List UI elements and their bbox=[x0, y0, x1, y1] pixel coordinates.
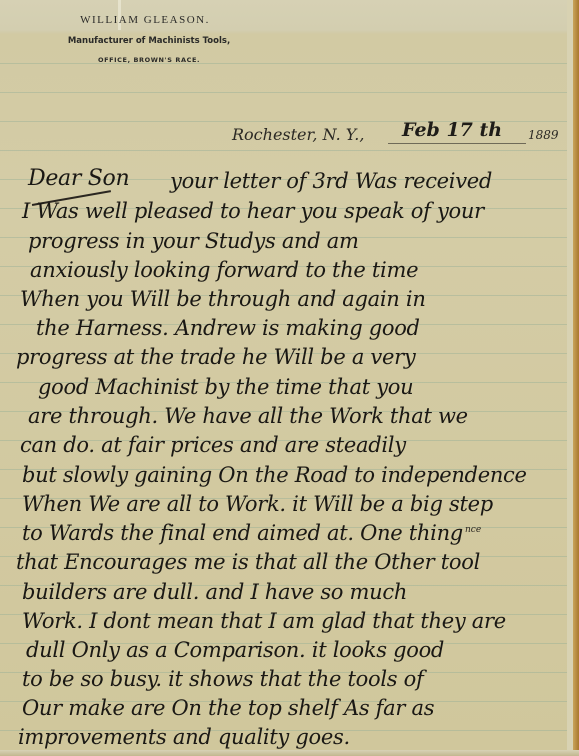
letter-line: can do. at fair prices and are steadily bbox=[20, 433, 406, 457]
letter-line: to be so busy. it shows that the tools o… bbox=[22, 667, 423, 691]
letter-line: progress in your Studys and am bbox=[28, 229, 359, 253]
letter-line: anxiously looking forward to the time bbox=[30, 258, 418, 282]
letter-line: When you Will be through and again in bbox=[20, 287, 426, 311]
letter-line: but slowly gaining On the Road to indepe… bbox=[22, 463, 527, 487]
letter-line: Work. I dont mean that I am glad that th… bbox=[22, 609, 506, 633]
letter-line: When We are all to Work. it Will be a bi… bbox=[22, 492, 493, 516]
letter-line: your letter of 3rd Was received bbox=[170, 169, 492, 193]
letterhead-title: Manufacturer of Machinists Tools, bbox=[0, 35, 290, 47]
letter-line: I Was well pleased to hear you speak of … bbox=[22, 199, 484, 223]
insertion-mark: nce bbox=[465, 525, 481, 535]
letter-line: the Harness. Andrew is making good bbox=[36, 316, 420, 340]
paper-edge bbox=[573, 0, 579, 756]
dateline: Rochester, N. Y., Feb 17 th 1889 bbox=[232, 121, 552, 147]
dateline-place: Rochester, N. Y., bbox=[232, 125, 364, 144]
letter-line: are through. We have all the Work that w… bbox=[28, 404, 468, 428]
dateline-date: Feb 17 th bbox=[402, 119, 502, 141]
letter-page: WILLIAM GLEASON. Manufacturer of Machini… bbox=[0, 0, 579, 756]
salutation: Dear Son bbox=[28, 166, 129, 191]
letter-line: improvements and quality goes. bbox=[18, 725, 350, 749]
letter-line: to Wards the final end aimed at. One thi… bbox=[22, 521, 463, 545]
letterhead-name: WILLIAM GLEASON. bbox=[0, 12, 290, 28]
dateline-year: 1889 bbox=[528, 128, 559, 142]
letterhead: WILLIAM GLEASON. Manufacturer of Machini… bbox=[0, 12, 290, 65]
letterhead-office: OFFICE, BROWN'S RACE. bbox=[0, 55, 290, 65]
dateline-rule bbox=[388, 143, 526, 144]
letter-line: that Encourages me is that all the Other… bbox=[16, 550, 480, 574]
letter-line: Our make are On the top shelf As far as bbox=[22, 696, 434, 720]
letter-line: good Machinist by the time that you bbox=[38, 375, 413, 399]
paper-bottom-edge bbox=[0, 750, 579, 756]
letter-line: dull Only as a Comparison. it looks good bbox=[26, 638, 444, 662]
letter-line: progress at the trade he Will be a very bbox=[16, 345, 415, 369]
letter-line: builders are dull. and I have so much bbox=[22, 580, 407, 604]
